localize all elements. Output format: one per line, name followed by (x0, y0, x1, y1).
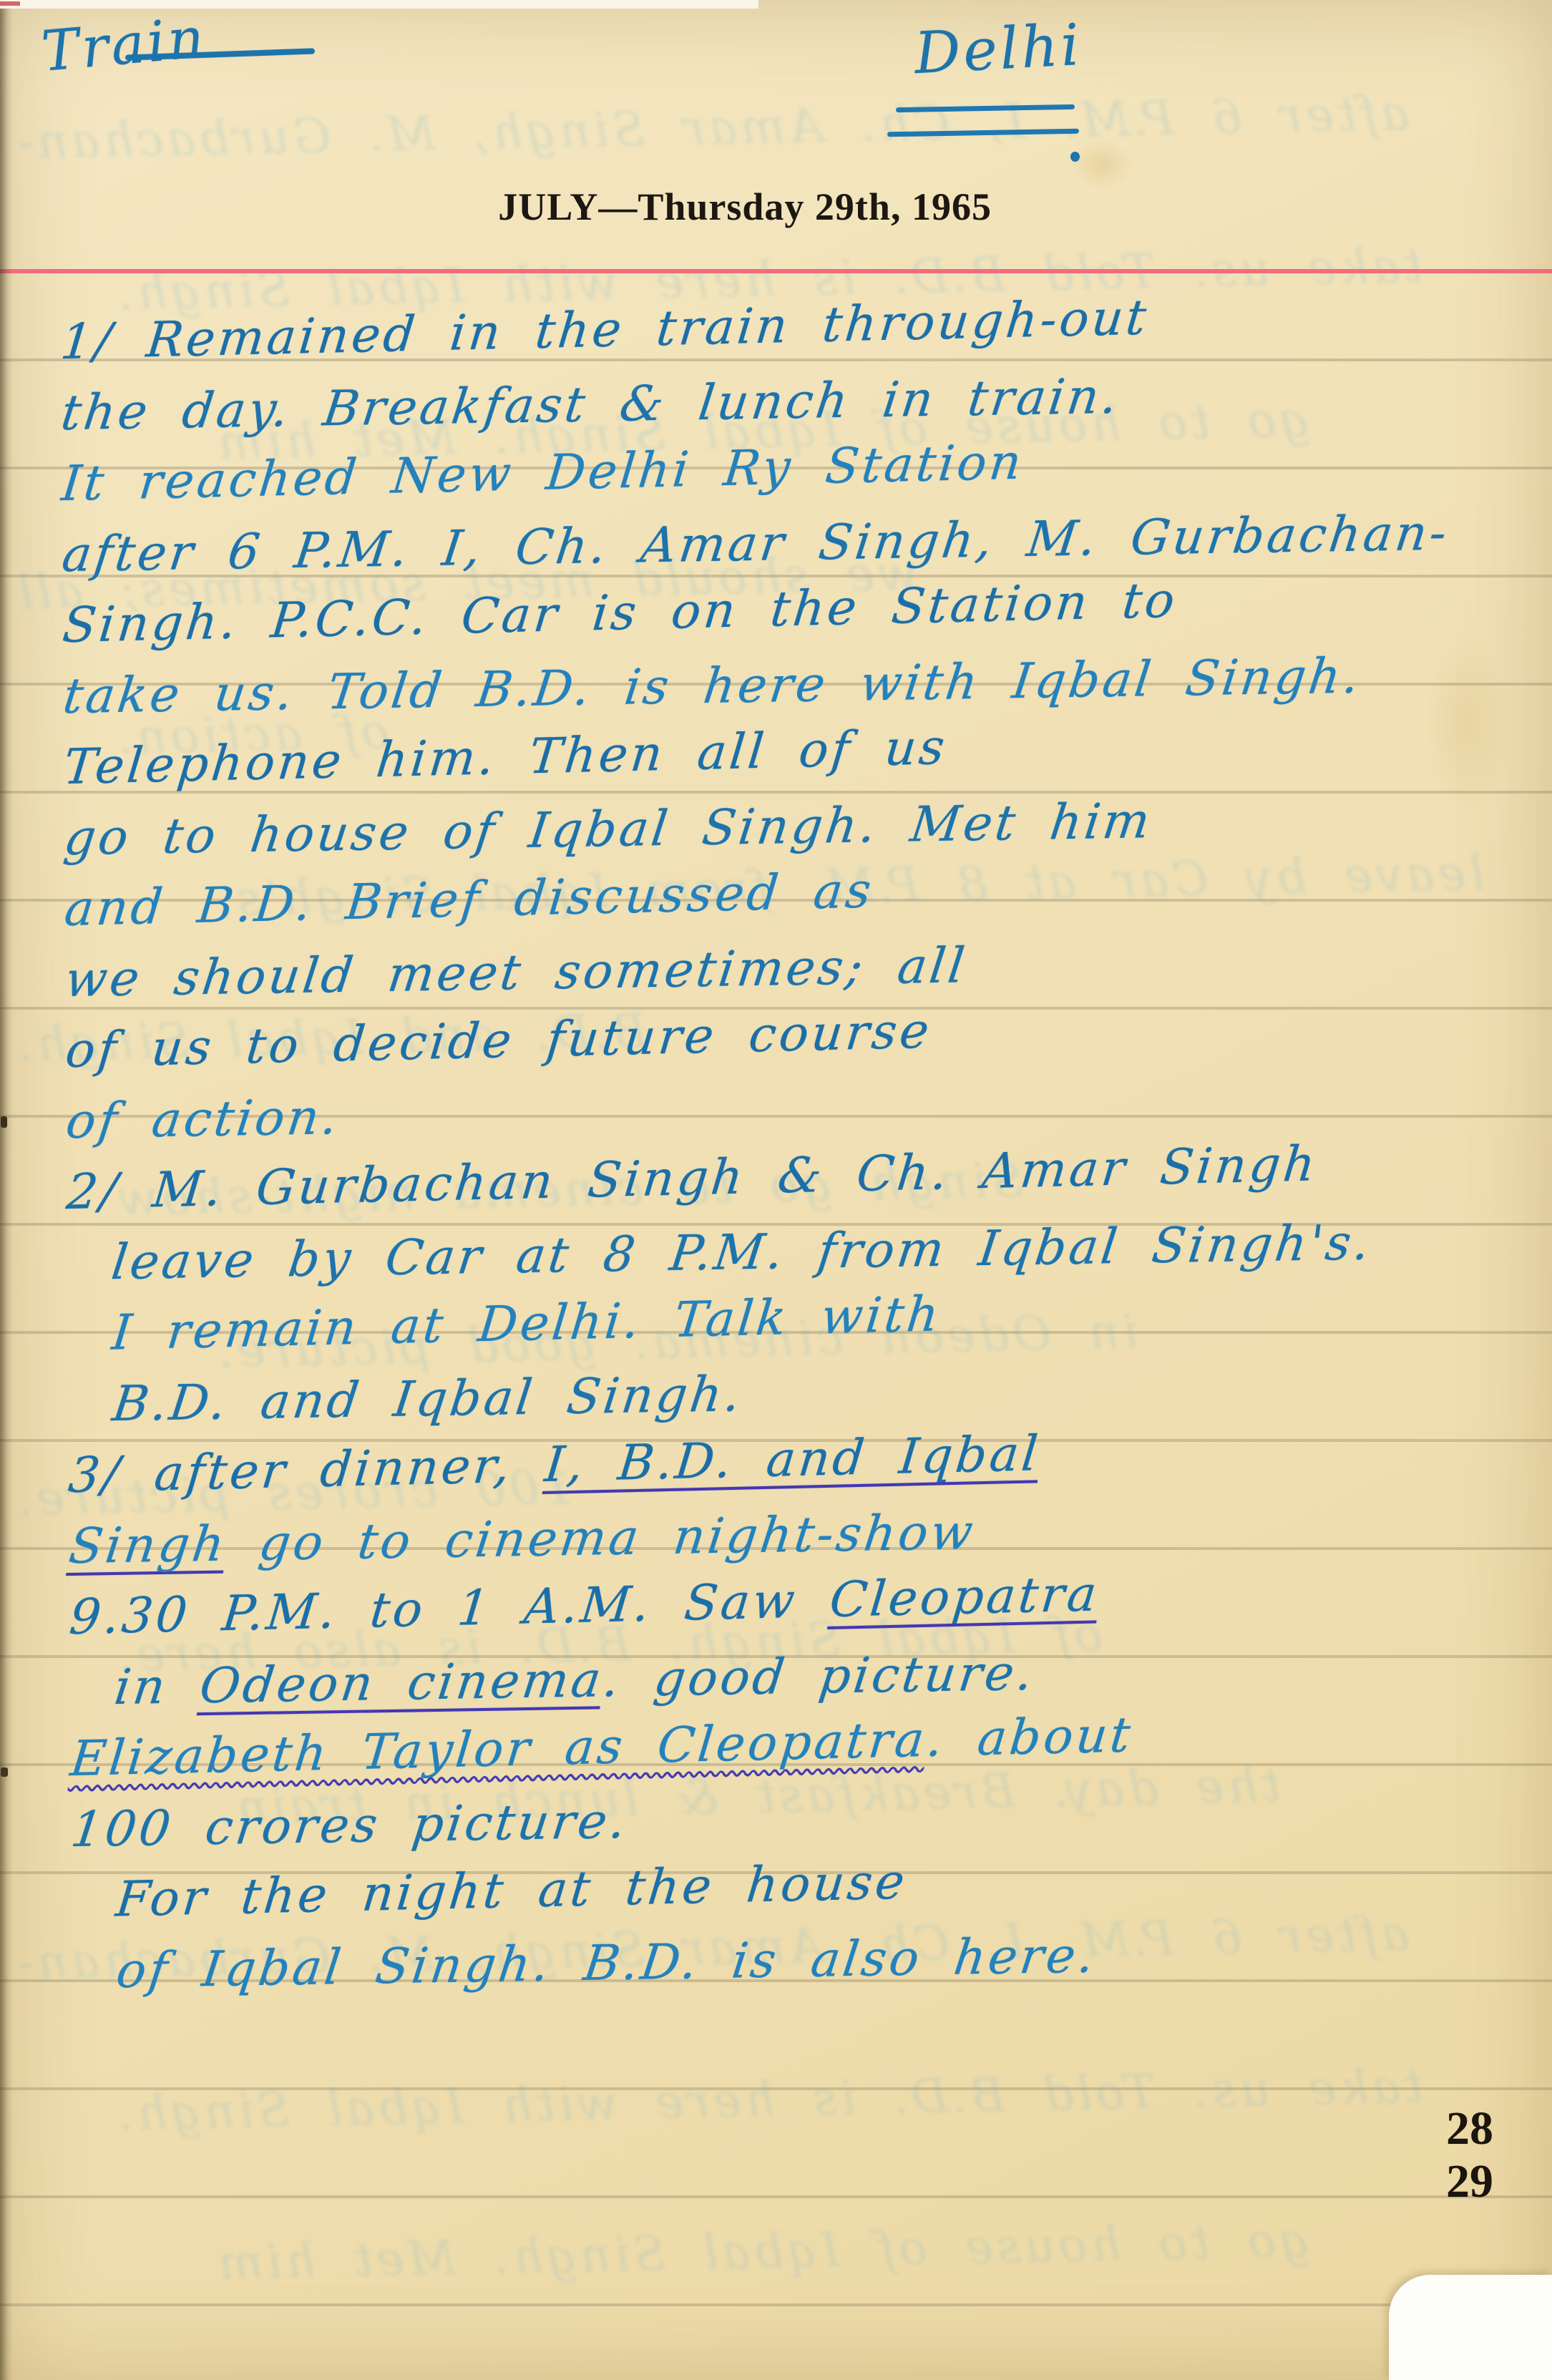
page-number-bottom: 29 (1446, 2155, 1493, 2208)
delhi-underline-1 (896, 104, 1075, 112)
diary-text-underlined: Odeon cinema (197, 1652, 607, 1715)
diary-page: after 6 P.M. I, Ch. Amar Singh, M. Gurba… (0, 0, 1552, 2380)
page-numbers: 28 29 (1446, 2102, 1493, 2208)
diary-text-underlined: Singh (66, 1516, 230, 1576)
diary-text-underlined: Cleopatra (827, 1566, 1102, 1629)
diary-entry: 1/ Remained in the train through-outthe … (60, 304, 1523, 2014)
diary-text: in (112, 1658, 204, 1716)
annotation-delhi: Delhi (913, 11, 1084, 87)
diary-text: 1/ Remained in the train through-out (58, 290, 1151, 371)
diary-text: B.D. and Iqbal Singh. (109, 1366, 746, 1433)
bleed-through-text: go to house of Iqbal Singh. Met him (214, 2213, 1310, 2291)
paper-stain (1424, 630, 1510, 816)
diary-text: . about (924, 1707, 1136, 1768)
diary-text: of action. (63, 1089, 343, 1150)
diary-text: . good picture. (600, 1645, 1038, 1709)
binding-speck (1, 1767, 8, 1777)
scan-edge-shadow (0, 0, 13, 2380)
red-header-rule (0, 269, 1552, 273)
delhi-underline-2 (887, 129, 1079, 137)
paper-stain (1070, 140, 1134, 190)
binding-speck (1, 1116, 7, 1128)
diary-text: go to cinema night-show (223, 1504, 979, 1572)
torn-corner-notch (1389, 2275, 1552, 2380)
bleed-through-text: take us. Told B.D. is here with Iqbal Si… (114, 2059, 1423, 2141)
diary-text: 100 crores picture. (68, 1793, 632, 1858)
printed-date-header: JULY—Thursday 29th, 1965 (0, 185, 1490, 229)
diary-text: 3/ after dinner, (66, 1437, 548, 1504)
scan-top-edge (0, 0, 758, 9)
scan-red-speck (0, 1, 20, 6)
bleed-through-text: after 6 P.M. I, Ch. Amar Singh, M. Gurba… (14, 86, 1410, 170)
page-number-top: 28 (1446, 2102, 1493, 2155)
annotation-train: Train (39, 6, 210, 84)
diary-text-underlined: I, B.D. and Iqbal (542, 1425, 1043, 1493)
